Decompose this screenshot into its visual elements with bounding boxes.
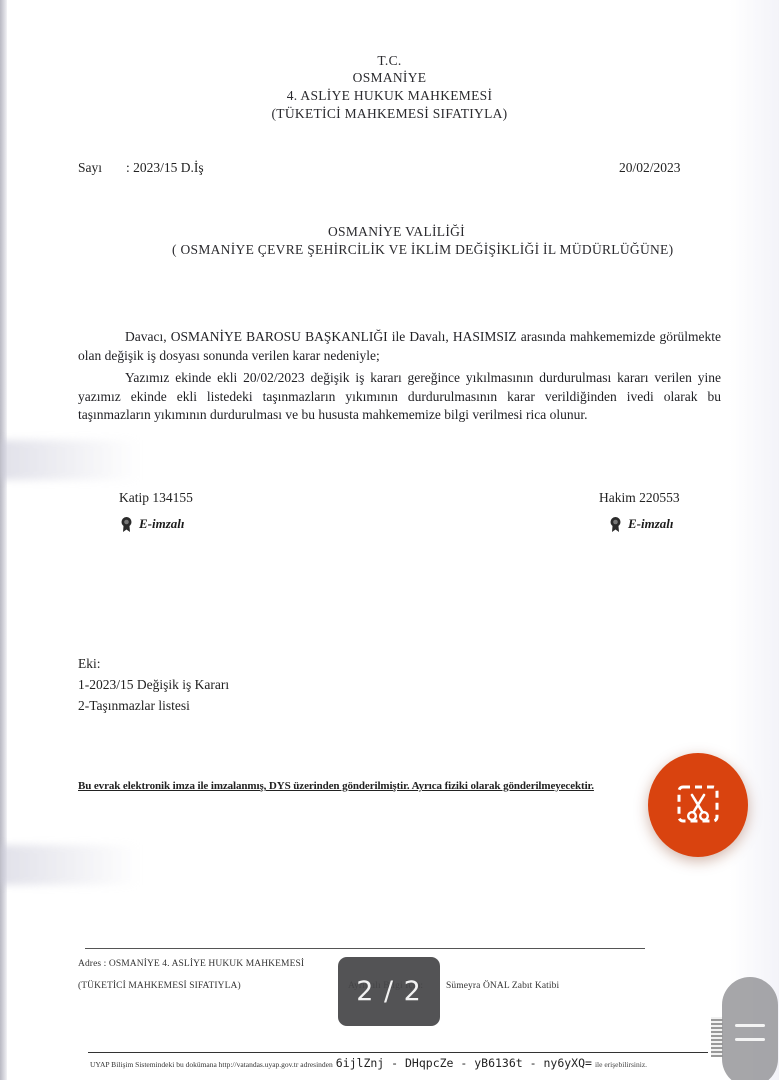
hamburger-menu-icon	[735, 1024, 765, 1027]
seal-icon	[120, 516, 133, 532]
recipient-line1: OSMANİYE VALİLİĞİ	[328, 222, 465, 242]
header-city: OSMANİYE	[0, 69, 779, 86]
uyap-verification-line: UYAP Bilişim Sistemindeki bu dokümana ht…	[90, 1056, 647, 1070]
footer-divider	[85, 948, 645, 949]
hamburger-menu-icon	[735, 1038, 765, 1041]
verification-code: 6ijlZnj - DHqpcZe - yB6136t - ny6yXQ=	[336, 1056, 592, 1070]
sayi-label: Sayı	[78, 160, 102, 176]
attachment-item: 1-2023/15 Değişik iş Kararı	[78, 674, 229, 695]
uyap-divider	[88, 1052, 708, 1053]
uyap-tail: ile erişebilirsiniz.	[595, 1060, 647, 1069]
footer-address-line2: (TÜKETİCİ MAHKEMESİ SIFATIYLA)	[78, 981, 241, 991]
clerk-title: Katip 134155	[119, 490, 193, 506]
hamburger-menu-button[interactable]	[722, 977, 778, 1080]
sayi-value: : 2023/15 D.İş	[126, 160, 204, 176]
body-paragraph-2: Yazımız ekinde ekli 20/02/2023 değişik i…	[78, 369, 721, 425]
clerk-esign-label: E-imzalı	[139, 516, 185, 532]
body-paragraph-1: Davacı, OSMANİYE BAROSU BAŞKANLIĞI ile D…	[78, 328, 721, 365]
scan-shadow	[0, 845, 140, 885]
judge-esignature: E-imzalı	[609, 516, 674, 532]
header-court-role: (TÜKETİCİ MAHKEMESİ SIFATIYLA)	[0, 105, 779, 122]
header-court: 4. ASLİYE HUKUK MAHKEMESİ	[0, 87, 779, 104]
electronic-signature-notice: Bu evrak elektronik imza ile imzalanmış,…	[78, 780, 594, 792]
document-page: T.C. OSMANİYE 4. ASLİYE HUKUK MAHKEMESİ …	[0, 0, 779, 1080]
uyap-text: UYAP Bilişim Sistemindeki bu dokümana ht…	[90, 1060, 333, 1069]
recipient-line2: ( OSMANİYE ÇEVRE ŞEHİRCİLİK VE İKLİM DEĞ…	[172, 240, 673, 260]
document-date: 20/02/2023	[619, 160, 681, 176]
scan-edge	[0, 0, 7, 1080]
scan-shadow	[0, 440, 140, 480]
footer-address-line1: Adres : OSMANİYE 4. ASLİYE HUKUK MAHKEME…	[78, 959, 304, 969]
footer-contact-name: Sümeyra ÖNAL Zabıt Katibi	[446, 981, 559, 991]
screenshot-crop-icon	[674, 781, 722, 829]
screenshot-crop-button[interactable]	[648, 753, 748, 857]
letter-body: Davacı, OSMANİYE BAROSU BAŞKANLIĞI ile D…	[78, 328, 721, 425]
judge-title: Hakim 220553	[599, 490, 680, 506]
page-indicator: 2 / 2	[338, 957, 440, 1026]
clerk-esignature: E-imzalı	[120, 516, 185, 532]
judge-esign-label: E-imzalı	[628, 516, 674, 532]
attachment-item: 2-Taşınmazlar listesi	[78, 695, 190, 716]
attachments-label: Eki:	[78, 653, 101, 674]
seal-icon	[609, 516, 622, 532]
scan-shadow	[729, 0, 779, 1080]
header-tc: T.C.	[0, 52, 779, 69]
